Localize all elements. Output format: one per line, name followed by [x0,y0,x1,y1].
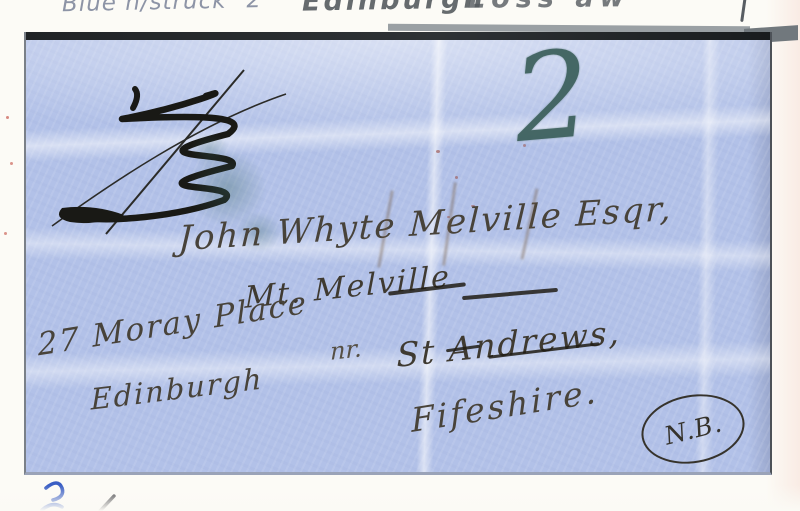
mount-red-speck [6,116,9,119]
top-annotation-ink-fragment: Loss aw [468,0,631,15]
top-annotation-pen-stroke [740,0,747,22]
red-speck [436,150,440,153]
top-annotation-pencil: Blue h/struck "2" [62,0,274,17]
cover-photo: Blue h/struck "2" Edinburgh Loss aw 2 Jo… [0,0,800,511]
mount-red-speck [10,162,13,165]
red-speck [455,176,458,179]
top-annotation-ink-edinburgh: Edinburgh [302,0,486,18]
address-line-nr: nr. [330,334,362,365]
blue-handstruck-2-stamp: 2 [509,35,596,161]
nb-initials: N.B. [661,408,725,450]
letter-top-edge [26,32,770,40]
mount-red-speck [4,232,7,235]
mount-border-bottom [0,485,800,511]
